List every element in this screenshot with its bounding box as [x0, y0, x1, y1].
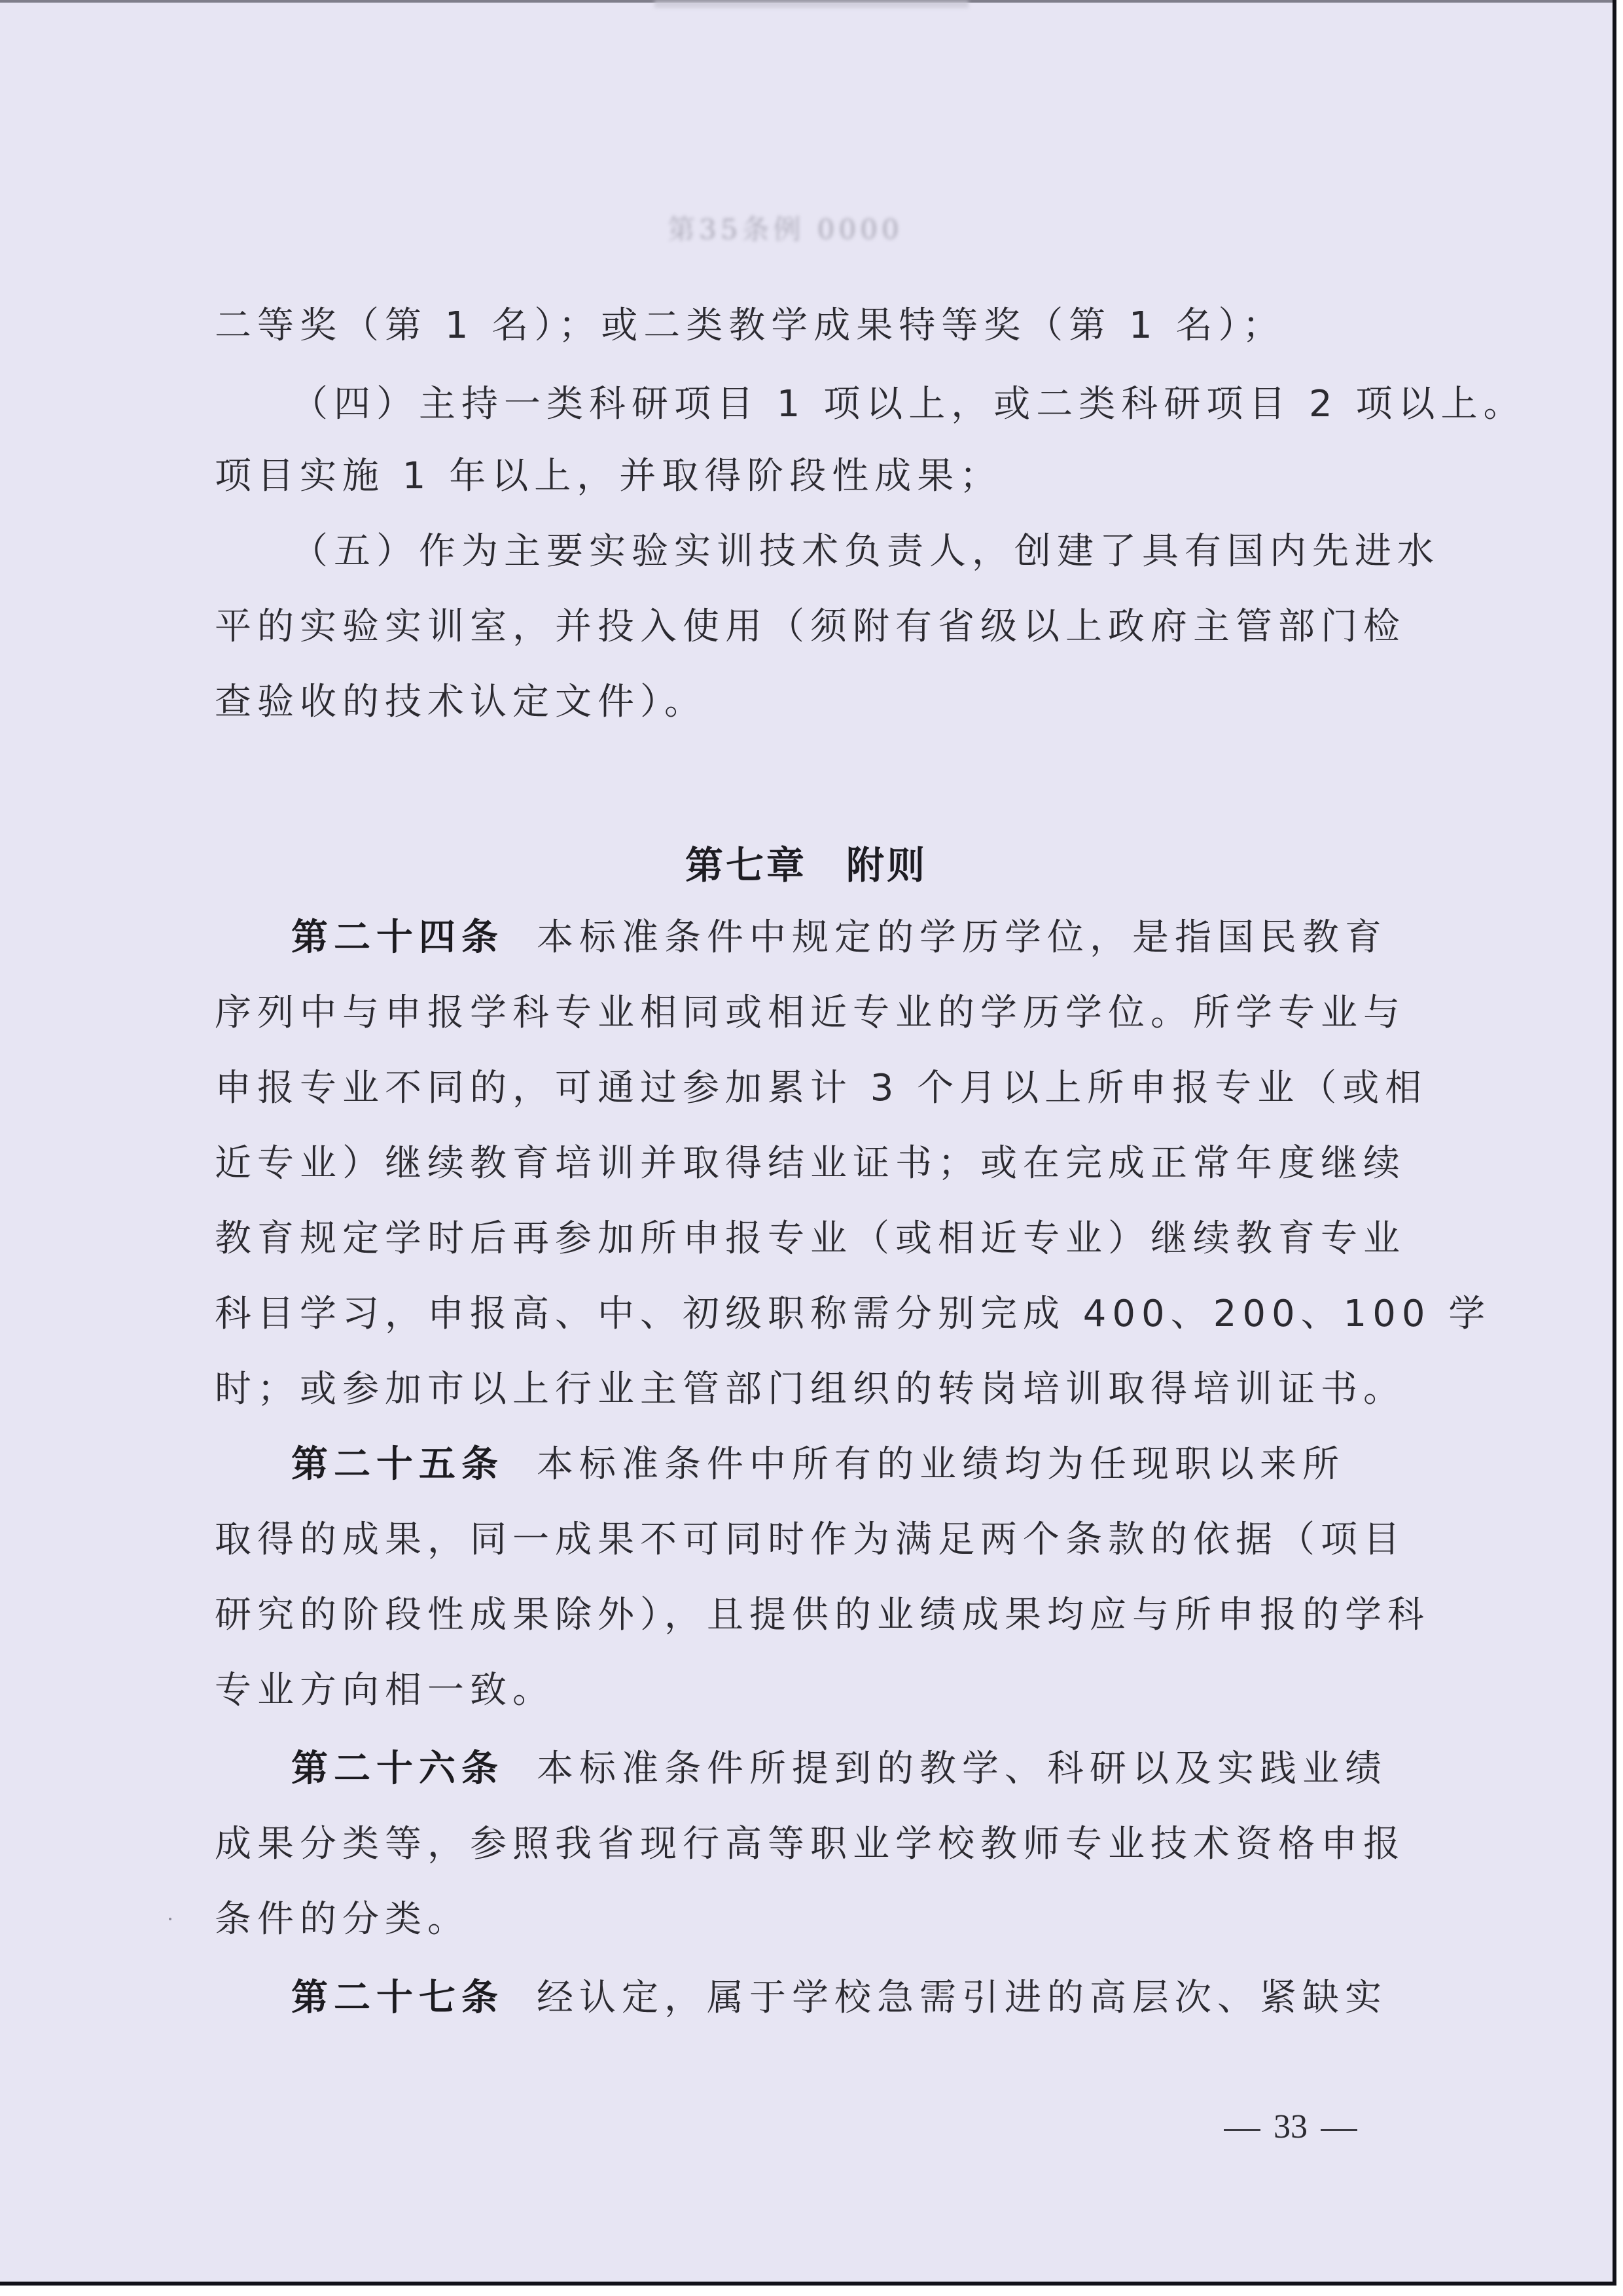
dash-left-icon — [1224, 2129, 1260, 2131]
text-line: 专业方向相一致。 — [215, 1672, 1412, 1709]
chapter-number: 第七章 — [685, 843, 807, 888]
article-heading: 第二十七条 — [291, 1977, 504, 2019]
text-line: 项目实施 1 年以上，并取得阶段性成果； — [215, 458, 1412, 495]
bleed-through-top — [654, 0, 969, 8]
text-line: 序列中与申报学科专业相同或相近专业的学历学位。所学专业与 — [215, 995, 1412, 1031]
article-27-first-line: 第二十七条经认定，属于学校急需引进的高层次、紧缺实 — [291, 1980, 1412, 2017]
text-line: 查验收的技术认定文件）。 — [215, 684, 1412, 721]
text-line: 条件的分类。 — [215, 1901, 1412, 1938]
bleed-through-header: 第35条例 0000 — [668, 208, 903, 247]
article-25-first-line: 第二十五条本标准条件中所有的业绩均为任现职以来所 — [291, 1446, 1412, 1483]
list-item-5: （五）作为主要实验实训技术负责人，创建了具有国内先进水 — [291, 533, 1412, 570]
document-page: 第35条例 0000 二等奖（第 1 名）；或二类教学成果特等奖（第 1 名）；… — [0, 0, 1616, 2286]
chapter-title: 附则 — [846, 843, 927, 888]
dash-right-icon — [1321, 2129, 1357, 2131]
text-line: 平的实验实训室，并投入使用（须附有省级以上政府主管部门检 — [215, 609, 1412, 645]
text-line: 近专业）继续教育培训并取得结业证书；或在完成正常年度继续 — [215, 1145, 1412, 1182]
text-line: 申报专业不同的，可通过参加累计 3 个月以上所申报专业（或相 — [215, 1070, 1412, 1107]
text-line: 研究的阶段性成果除外），且提供的业绩成果均应与所申报的学科 — [215, 1597, 1412, 1634]
page-number: 33 — [1211, 2108, 1370, 2146]
article-24-first-line: 第二十四条本标准条件中规定的学历学位，是指国民教育 — [291, 920, 1412, 956]
text-line: 取得的成果，同一成果不可同时作为满足两个条款的依据（项目 — [215, 1522, 1412, 1558]
article-heading: 第二十六条 — [291, 1748, 504, 1790]
text-line: 成果分类等，参照我省现行高等职业学校教师专业技术资格申报 — [215, 1826, 1412, 1863]
scan-speck — [169, 1918, 171, 1920]
article-heading: 第二十四条 — [291, 916, 504, 959]
text-line: 时；或参加市以上行业主管部门组织的转岗培训取得培训证书。 — [215, 1371, 1412, 1408]
text-line: 教育规定学时后再参加所申报专业（或相近专业）继续教育专业 — [215, 1221, 1412, 1257]
text-line: 二等奖（第 1 名）；或二类教学成果特等奖（第 1 名）； — [215, 308, 1412, 344]
chapter-heading: 第七章附则 — [0, 834, 1613, 889]
list-item-4: （四）主持一类科研项目 1 项以上，或二类科研项目 2 项以上。 — [291, 386, 1412, 423]
article-26-first-line: 第二十六条本标准条件所提到的教学、科研以及实践业绩 — [291, 1751, 1412, 1787]
text-line: 科目学习，申报高、中、初级职称需分别完成 400、200、100 学 — [215, 1296, 1412, 1333]
article-heading: 第二十五条 — [291, 1443, 504, 1486]
